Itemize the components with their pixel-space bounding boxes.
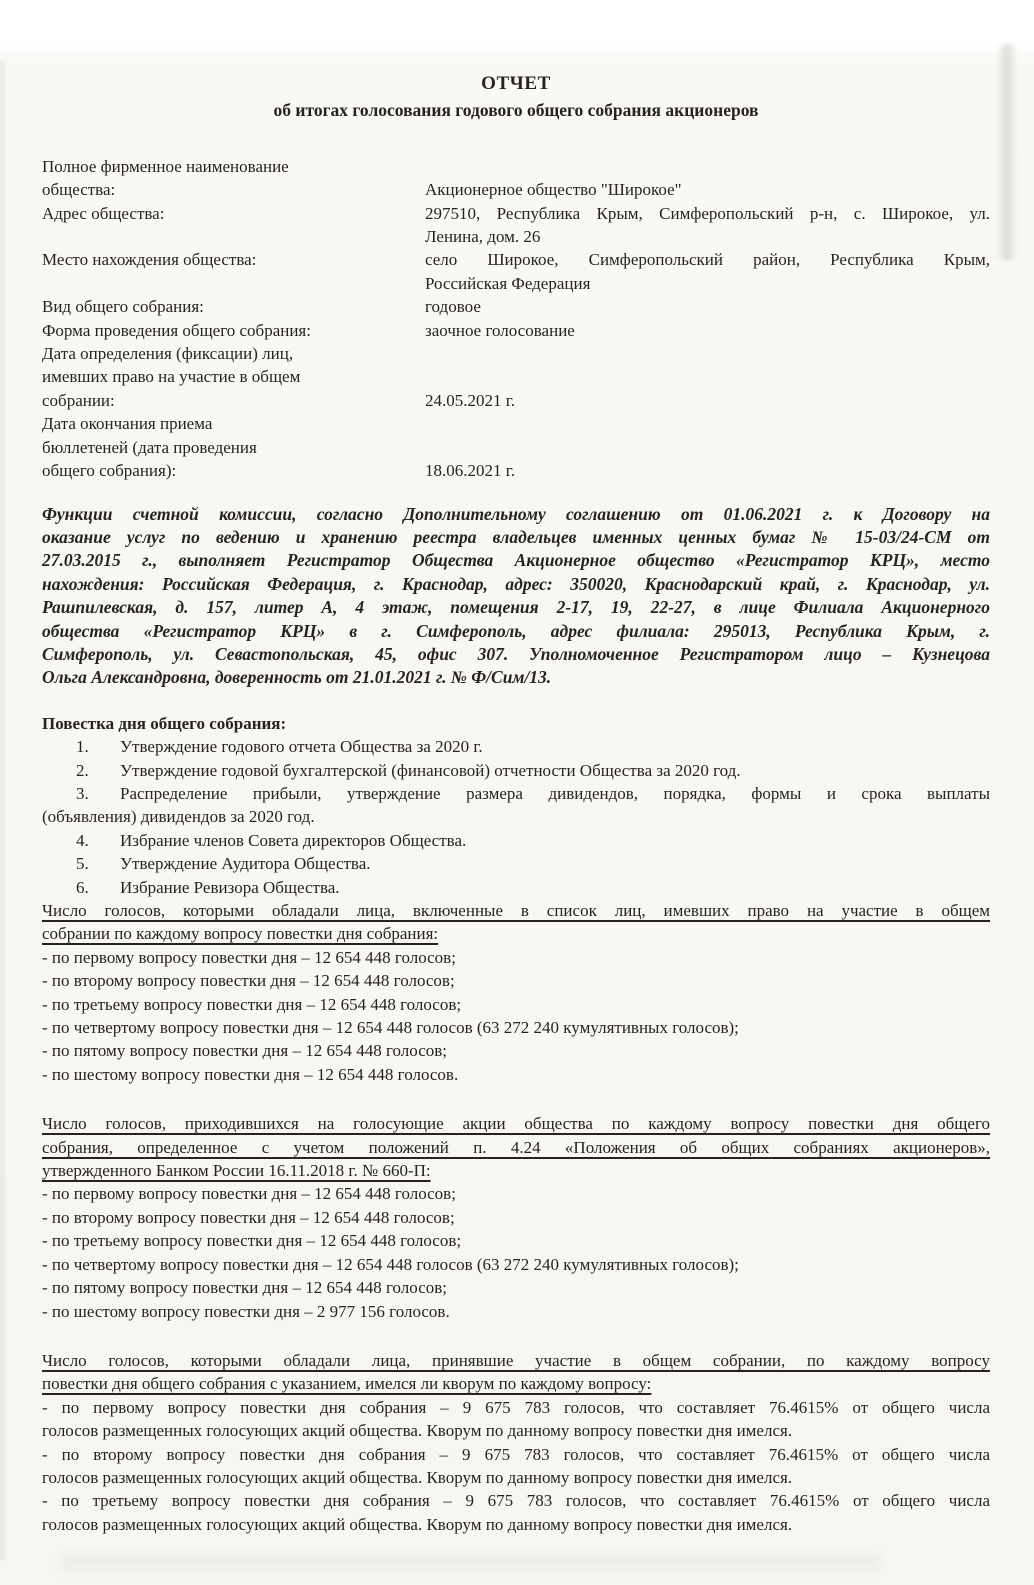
info-label-line: общего собрания): bbox=[42, 459, 425, 482]
vote-line: - по шестому вопросу повестки дня – 2 97… bbox=[42, 1300, 990, 1323]
quorum-line: голосов размещенных голосующих акций общ… bbox=[42, 1419, 990, 1442]
info-label-line: Полное фирменное наименование bbox=[42, 155, 425, 178]
agenda-item-number: 3. bbox=[76, 782, 120, 805]
info-row-meeting-type: Вид общего собрания: годовое bbox=[42, 295, 990, 318]
registrar-line: нахождения: Российская Федерация, г. Кра… bbox=[42, 573, 990, 596]
info-value: заочное голосование bbox=[425, 319, 990, 342]
info-value-line: годовое bbox=[425, 295, 990, 318]
info-row-meeting-form: Форма проведения общего собрания: заочно… bbox=[42, 319, 990, 342]
section-heading: Число голосов, которыми обладали лица, п… bbox=[42, 1349, 990, 1396]
agenda-heading: Повестка дня общего собрания: bbox=[42, 712, 990, 735]
section-heading-line: повестки дня общего собрания с указанием… bbox=[42, 1372, 990, 1395]
quorum-line: - по первому вопросу повестки дня собран… bbox=[42, 1396, 990, 1419]
registrar-paragraph: Функции счетной комиссии, согласно Допол… bbox=[42, 503, 990, 690]
company-info-table: Полное фирменное наименование общества: … bbox=[42, 155, 990, 483]
scan-smudge bbox=[60, 1555, 880, 1569]
quorum-line: голосов размещенных голосующих акций общ… bbox=[42, 1513, 990, 1536]
section-heading-line: Число голосов, приходившихся на голосующ… bbox=[42, 1112, 990, 1135]
agenda-item-text: Распределение прибыли, утверждение разме… bbox=[120, 784, 990, 803]
info-label: Адрес общества: bbox=[42, 202, 425, 249]
vote-line: - по второму вопросу повестки дня – 12 6… bbox=[42, 969, 990, 992]
info-value: село Широкое, Симферопольский район, Рес… bbox=[425, 248, 990, 295]
info-label: Форма проведения общего собрания: bbox=[42, 319, 425, 342]
agenda-item-number: 5. bbox=[76, 852, 120, 875]
scan-shadow-left bbox=[0, 60, 7, 1560]
vote-line: - по первому вопросу повестки дня – 12 6… bbox=[42, 1182, 990, 1205]
agenda-item-5: 5.Утверждение Аудитора Общества. bbox=[42, 852, 990, 875]
info-row-record-date: Дата определения (фиксации) лиц, имевших… bbox=[42, 342, 990, 412]
agenda-item-1: 1.Утверждение годового отчета Общества з… bbox=[42, 735, 990, 758]
info-value-line: Ленина, дом. 26 bbox=[425, 225, 990, 248]
agenda-item-6: 6.Избрание Ревизора Общества. bbox=[42, 876, 990, 899]
info-label: Дата окончания приема бюллетеней (дата п… bbox=[42, 412, 425, 482]
vote-line: - по второму вопросу повестки дня – 12 6… bbox=[42, 1206, 990, 1229]
vote-line: - по пятому вопросу повестки дня – 12 65… bbox=[42, 1039, 990, 1062]
agenda-item-3: 3.Распределение прибыли, утверждение раз… bbox=[42, 782, 990, 805]
section-heading-line: собрания, определенное с учетом положени… bbox=[42, 1136, 990, 1159]
agenda-item-2: 2.Утверждение годовой бухгалтерской (фин… bbox=[42, 759, 990, 782]
agenda-item-number: 2. bbox=[76, 759, 120, 782]
vote-line: - по третьему вопросу повестки дня – 12 … bbox=[42, 993, 990, 1016]
info-row-company-address: Адрес общества: 297510, Республика Крым,… bbox=[42, 202, 990, 249]
info-value-line: Акционерное общество "Широкое" bbox=[425, 178, 990, 201]
info-label: Место нахождения общества: bbox=[42, 248, 425, 295]
section-heading-line: Число голосов, которыми обладали лица, п… bbox=[42, 1349, 990, 1372]
section-votes-participated-quorum: Число голосов, которыми обладали лица, п… bbox=[42, 1349, 990, 1536]
info-label-line: Дата определения (фиксации) лиц, bbox=[42, 342, 425, 365]
info-label-line: Дата окончания приема bbox=[42, 412, 425, 435]
vote-line: - по четвертому вопросу повестки дня – 1… bbox=[42, 1016, 990, 1039]
quorum-line: - по второму вопросу повестки дня собран… bbox=[42, 1443, 990, 1466]
registrar-line: 27.03.2015 г., выполняет Регистратор Общ… bbox=[42, 549, 990, 572]
info-value-line: 18.06.2021 г. bbox=[425, 459, 990, 482]
info-row-meeting-date: Дата окончания приема бюллетеней (дата п… bbox=[42, 412, 990, 482]
agenda-item-text: Избрание Ревизора Общества. bbox=[120, 878, 340, 897]
agenda-item-text: Утверждение Аудитора Общества. bbox=[120, 854, 371, 873]
agenda-item-4: 4.Избрание членов Совета директоров Обще… bbox=[42, 829, 990, 852]
registrar-line: общества «Регистратор КРЦ» в г. Симфероп… bbox=[42, 620, 990, 643]
scanned-document-page: ОТЧЕТ об итогах голосования годового общ… bbox=[0, 0, 1034, 1585]
info-value: годовое bbox=[425, 295, 990, 318]
info-label: Вид общего собрания: bbox=[42, 295, 425, 318]
section-heading-line: Число голосов, которыми обладали лица, в… bbox=[42, 899, 990, 922]
quorum-line: голосов размещенных голосующих акций общ… bbox=[42, 1466, 990, 1489]
section-votes-on-voting-shares: Число голосов, приходившихся на голосующ… bbox=[42, 1112, 990, 1323]
info-label-line: Форма проведения общего собрания: bbox=[42, 319, 425, 342]
scan-shadow-right bbox=[997, 44, 1015, 260]
info-value: Акционерное общество "Широкое" bbox=[425, 155, 990, 202]
agenda-item-number: 1. bbox=[76, 735, 120, 758]
vote-line: - по первому вопросу повестки дня – 12 6… bbox=[42, 946, 990, 969]
info-value-line: село Широкое, Симферопольский район, Рес… bbox=[425, 248, 990, 271]
registrar-line: Функции счетной комиссии, согласно Допол… bbox=[42, 503, 990, 526]
info-label: Полное фирменное наименование общества: bbox=[42, 155, 425, 202]
document-title: ОТЧЕТ bbox=[42, 0, 990, 95]
agenda-item-text: Утверждение годовой бухгалтерской (финан… bbox=[120, 761, 741, 780]
info-label-line: Адрес общества: bbox=[42, 202, 425, 225]
section-heading: Число голосов, приходившихся на голосующ… bbox=[42, 1112, 990, 1182]
registrar-line: оказание услуг по ведению и хранению рее… bbox=[42, 526, 990, 549]
vote-line: - по шестому вопросу повестки дня – 12 6… bbox=[42, 1063, 990, 1086]
registrar-line: Рашпилевская, д. 157, литер А, 4 этаж, п… bbox=[42, 596, 990, 619]
info-label-line: собрании: bbox=[42, 389, 425, 412]
info-label: Дата определения (фиксации) лиц, имевших… bbox=[42, 342, 425, 412]
info-label-line: имевших право на участие в общем bbox=[42, 365, 425, 388]
document-subtitle: об итогах голосования годового общего со… bbox=[42, 99, 990, 122]
registrar-line: Симферополь, ул. Севастопольская, 45, оф… bbox=[42, 643, 990, 666]
vote-line: - по четвертому вопросу повестки дня – 1… bbox=[42, 1253, 990, 1276]
agenda-list: 1.Утверждение годового отчета Общества з… bbox=[42, 735, 990, 899]
agenda-item-3-continuation: (объявления) дивидендов за 2020 год. bbox=[42, 805, 990, 828]
agenda-item-text: Утверждение годового отчета Общества за … bbox=[120, 737, 483, 756]
info-label-line: Место нахождения общества: bbox=[42, 248, 425, 271]
info-value-line: 297510, Республика Крым, Симферопольский… bbox=[425, 202, 990, 225]
info-value-line: заочное голосование bbox=[425, 319, 990, 342]
info-value-line: Российская Федерация bbox=[425, 272, 990, 295]
section-heading: Число голосов, которыми обладали лица, в… bbox=[42, 899, 990, 946]
info-value-line: 24.05.2021 г. bbox=[425, 389, 990, 412]
agenda-item-number: 6. bbox=[76, 876, 120, 899]
info-value: 24.05.2021 г. bbox=[425, 342, 990, 412]
info-label-line: бюллетеней (дата проведения bbox=[42, 436, 425, 459]
section-votes-entitled: Число голосов, которыми обладали лица, в… bbox=[42, 899, 990, 1086]
section-heading-line: собрании по каждому вопросу повестки дня… bbox=[42, 922, 990, 945]
registrar-line: Ольга Александровна, доверенность от 21.… bbox=[42, 666, 990, 689]
agenda-item-number: 4. bbox=[76, 829, 120, 852]
info-value: 297510, Республика Крым, Симферопольский… bbox=[425, 202, 990, 249]
section-heading-line: утвержденного Банком России 16.11.2018 г… bbox=[42, 1159, 990, 1182]
document-content: ОТЧЕТ об итогах голосования годового общ… bbox=[42, 0, 990, 1536]
info-row-company-name: Полное фирменное наименование общества: … bbox=[42, 155, 990, 202]
agenda-item-text: Избрание членов Совета директоров Общест… bbox=[120, 831, 466, 850]
info-value: 18.06.2021 г. bbox=[425, 412, 990, 482]
vote-line: - по пятому вопросу повестки дня – 12 65… bbox=[42, 1276, 990, 1299]
quorum-line: - по третьему вопросу повестки дня собра… bbox=[42, 1489, 990, 1512]
info-row-company-location: Место нахождения общества: село Широкое,… bbox=[42, 248, 990, 295]
info-label-line: Вид общего собрания: bbox=[42, 295, 425, 318]
info-label-line: общества: bbox=[42, 178, 425, 201]
vote-line: - по третьему вопросу повестки дня – 12 … bbox=[42, 1229, 990, 1252]
